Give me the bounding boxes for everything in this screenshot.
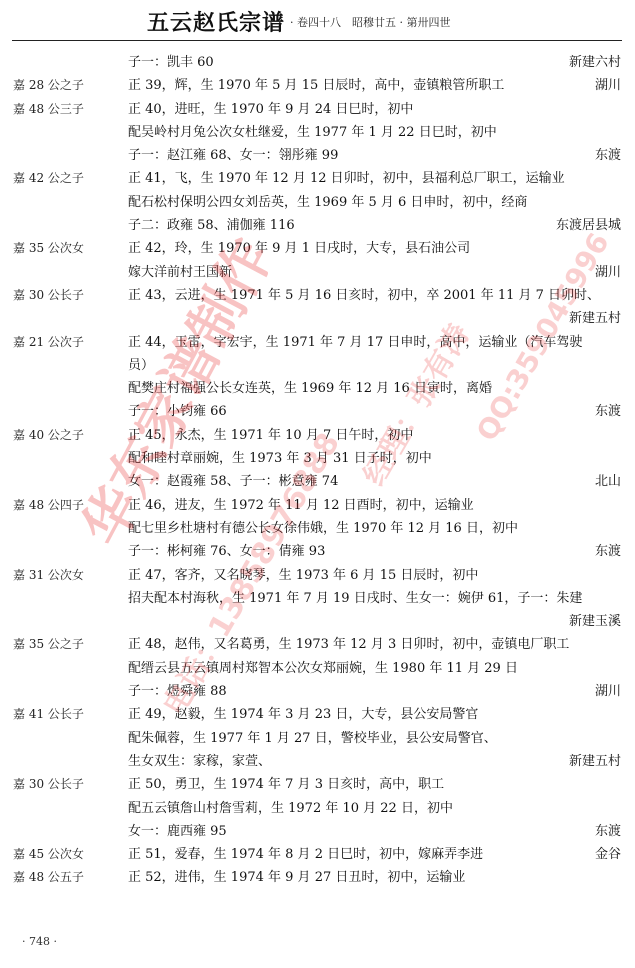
entry-text: 配缙云县五云镇周村郑智本公次女郑丽婉，生 1980 年 11 月 29 日 [128,657,518,680]
residence-place: 新建五村 [569,307,621,330]
residence-place: 东渡居县城 [556,214,621,237]
residence-place: 金谷 [595,843,621,866]
entry-text: 正 50，勇卫，生 1974 年 7 月 3 日亥时，高中，职工 [128,773,444,796]
entry-text: 正 46，进友，生 1972 年 11 月 12 日酉时，初中，运输业 [128,494,474,517]
entry-line: 配石松村保明公四女刘岳英，生 1969 年 5 月 6 日申时，初中，经商 [0,191,635,214]
entry-line: 嘉 48 公四子正 46，进友，生 1972 年 11 月 12 日酉时，初中，… [0,494,635,517]
residence-place: 东渡 [595,144,621,167]
entry-line: 嘉 35 公之子正 48，赵伟，又名葛勇，生 1973 年 12 月 3 日卯时… [0,633,635,656]
residence-place: 东渡 [595,820,621,843]
entry-text: 配七里乡杜塘村有德公长女徐伟娥，生 1970 年 12 月 16 日，初中 [128,517,518,540]
entry-line: 配缙云县五云镇周村郑智本公次女郑丽婉，生 1980 年 11 月 29 日 [0,657,635,680]
entry-line: 子一：彬柯雍 76、女一：倩雍 93东渡 [0,540,635,563]
lineage-label: 嘉 45 公次女 [13,843,123,866]
entry-text: 正 43，云进，生 1971 年 5 月 16 日亥时，初中，卒 2001 年 … [128,284,600,307]
entry-text: 正 40，进旺，生 1970 年 9 月 24 日巳时，初中 [128,98,413,121]
entry-line: 嘉 30 公长子正 43，云进，生 1971 年 5 月 16 日亥时，初中，卒… [0,284,635,307]
entry-line: 嘉 45 公次女正 51，爱春，生 1974 年 8 月 2 日巳时，初中，嫁麻… [0,843,635,866]
lineage-label: 嘉 28 公之子 [13,74,123,97]
entry-text: 配石松村保明公四女刘岳英，生 1969 年 5 月 6 日申时，初中，经商 [128,191,527,214]
entry-text: 配五云镇詹山村詹雪莉，生 1972 年 10 月 22 日，初中 [128,797,453,820]
residence-place: 东渡 [595,540,621,563]
lineage-label: 嘉 48 公三子 [13,98,123,121]
entry-line: 嘉 48 公三子正 40，进旺，生 1970 年 9 月 24 日巳时，初中 [0,98,635,121]
lineage-label: 嘉 48 公四子 [13,494,123,517]
residence-place: 新建五村 [569,750,621,773]
entry-text: 子一：凯丰 60 [128,51,214,74]
entry-text: 生女双生：家稼，家萱、 [128,750,271,773]
entry-line: 配和睦村章丽婉，生 1973 年 3 月 31 日子时，初中 [0,447,635,470]
entry-line: 新建玉溪 [0,610,635,633]
entry-text: 配吴岭村月兔公次女杜继爱，生 1977 年 1 月 22 日巳时，初中 [128,121,497,144]
lineage-label: 嘉 35 公次女 [13,237,123,260]
entry-line: 子一：赵江雍 68、女一：翎彤雍 99东渡 [0,144,635,167]
entry-text: 员） [128,354,154,377]
entry-text: 正 52，进伟，生 1974 年 9 月 27 日丑时，初中，运输业 [128,866,465,889]
entry-line: 嘉 31 公次女正 47，客齐，又名晓琴，生 1973 年 6 月 15 日辰时… [0,564,635,587]
entry-text: 正 49，赵毅，生 1974 年 3 月 23 日，大专，县公安局警官 [128,703,478,726]
residence-place: 湖川 [595,261,621,284]
entry-line: 嫁大洋前村王国新湖川 [0,261,635,284]
entry-line: 配吴岭村月兔公次女杜继爱，生 1977 年 1 月 22 日巳时，初中 [0,121,635,144]
entry-text: 正 47，客齐，又名晓琴，生 1973 年 6 月 15 日辰时，初中 [128,564,478,587]
entry-text: 正 41，飞，生 1970 年 12 月 12 日卯时，初中，县福利总厂职工，运… [128,167,565,190]
header-rule [12,40,622,41]
page-number: · 748 · [22,935,57,948]
entry-line: 女一：赵霞雍 58、子一：彬意雍 74北山 [0,470,635,493]
entry-text: 嫁大洋前村王国新 [128,261,232,284]
lineage-label: 嘉 41 公长子 [13,703,123,726]
residence-place: 北山 [595,470,621,493]
entry-text: 招夫配本村海秋，生 1971 年 7 月 19 日戌时、生女一：婉伊 61，子一… [128,587,582,610]
entry-line: 子二：政雍 58、浦伽雍 116东渡居县城 [0,214,635,237]
entry-line: 生女双生：家稼，家萱、新建五村 [0,750,635,773]
entry-line: 嘉 30 公长子正 50，勇卫，生 1974 年 7 月 3 日亥时，高中，职工 [0,773,635,796]
entry-text: 正 51，爱春，生 1974 年 8 月 2 日巳时，初中，嫁麻弄李进 [128,843,483,866]
entry-text: 子一：彬柯雍 76、女一：倩雍 93 [128,540,325,563]
entry-line: 女一：鹿西雍 95东渡 [0,820,635,843]
entry-line: 嘉 40 公之子正 45，永杰，生 1971 年 10 月 7 日午时，初中 [0,424,635,447]
entry-text: 配朱佩蓉，生 1977 年 1 月 27 日，警校毕业，县公安局警官、 [128,727,497,750]
entry-line: 嘉 35 公次女正 42，玲，生 1970 年 9 月 1 日戌时，大专，县石油… [0,237,635,260]
residence-place: 湖川 [595,74,621,97]
lineage-label: 嘉 42 公之子 [13,167,123,190]
residence-place: 湖川 [595,680,621,703]
residence-place: 新建六村 [569,51,621,74]
entry-line: 嘉 41 公长子正 49，赵毅，生 1974 年 3 月 23 日，大专，县公安… [0,703,635,726]
entry-text: 子一：煜舜雍 88 [128,680,227,703]
entry-line: 嘉 48 公五子正 52，进伟，生 1974 年 9 月 27 日丑时，初中，运… [0,866,635,889]
genealogy-entries: 子一：凯丰 60新建六村嘉 28 公之子正 39，辉，生 1970 年 5 月 … [0,51,635,890]
lineage-label: 嘉 48 公五子 [13,866,123,889]
entry-line: 子一：煜舜雍 88湖川 [0,680,635,703]
lineage-label: 嘉 21 公次子 [13,331,123,354]
entry-line: 新建五村 [0,307,635,330]
entry-line: 招夫配本村海秋，生 1971 年 7 月 19 日戌时、生女一：婉伊 61，子一… [0,587,635,610]
entry-text: 配樊庄村福强公长女连英，生 1969 年 12 月 16 日寅时，离婚 [128,377,492,400]
entry-line: 配七里乡杜塘村有德公长女徐伟娥，生 1970 年 12 月 16 日，初中 [0,517,635,540]
lineage-label: 嘉 31 公次女 [13,564,123,587]
residence-place: 东渡 [595,400,621,423]
entry-line: 配朱佩蓉，生 1977 年 1 月 27 日，警校毕业，县公安局警官、 [0,727,635,750]
entry-text: 女一：鹿西雍 95 [128,820,227,843]
entry-text: 配和睦村章丽婉，生 1973 年 3 月 31 日子时，初中 [128,447,432,470]
entry-text: 正 44，玉雷，字宏宇，生 1971 年 7 月 17 日申时，高中，运输业（汽… [128,331,582,354]
entry-text: 子一：赵江雍 68、女一：翎彤雍 99 [128,144,338,167]
entry-text: 正 45，永杰，生 1971 年 10 月 7 日午时，初中 [128,424,413,447]
lineage-label: 嘉 30 公长子 [13,284,123,307]
entry-text: 正 42，玲，生 1970 年 9 月 1 日戌时，大专，县石油公司 [128,237,470,260]
entry-line: 配樊庄村福强公长女连英，生 1969 年 12 月 16 日寅时，离婚 [0,377,635,400]
entry-text: 正 39，辉，生 1970 年 5 月 15 日辰时，高中，壶镇粮管所职工 [128,74,504,97]
entry-line: 子一：小钧雍 66东渡 [0,400,635,423]
lineage-label: 嘉 35 公之子 [13,633,123,656]
entry-text: 子一：小钧雍 66 [128,400,227,423]
page-header: 五云赵氏宗谱 · 卷四十八 昭穆廿五 · 第卅四世 [0,0,635,40]
residence-place: 新建玉溪 [569,610,621,633]
entry-line: 嘉 42 公之子正 41，飞，生 1970 年 12 月 12 日卯时，初中，县… [0,167,635,190]
entry-text: 女一：赵霞雍 58、子一：彬意雍 74 [128,470,338,493]
entry-text: 子二：政雍 58、浦伽雍 116 [128,214,295,237]
entry-line: 嘉 21 公次子正 44，玉雷，字宏宇，生 1971 年 7 月 17 日申时，… [0,331,635,354]
entry-text: 正 48，赵伟，又名葛勇，生 1973 年 12 月 3 日卯时，初中，壶镇电厂… [128,633,569,656]
volume-subtitle: · 卷四十八 昭穆廿五 · 第卅四世 [290,14,450,30]
entry-line: 子一：凯丰 60新建六村 [0,51,635,74]
entry-line: 配五云镇詹山村詹雪莉，生 1972 年 10 月 22 日，初中 [0,797,635,820]
entry-line: 员） [0,354,635,377]
lineage-label: 嘉 30 公长子 [13,773,123,796]
book-title: 五云赵氏宗谱 [147,6,285,37]
entry-line: 嘉 28 公之子正 39，辉，生 1970 年 5 月 15 日辰时，高中，壶镇… [0,74,635,97]
lineage-label: 嘉 40 公之子 [13,424,123,447]
